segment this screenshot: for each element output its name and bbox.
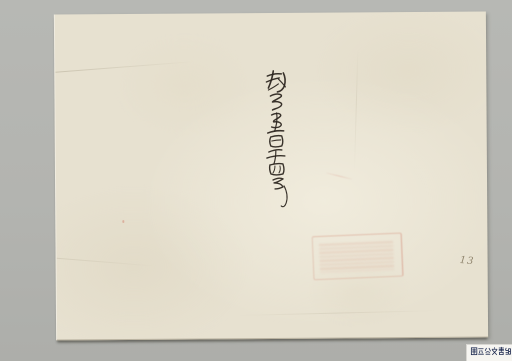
stamp-text-rows: [319, 241, 394, 273]
paper-crease: [57, 258, 167, 268]
red-speck: [122, 220, 124, 223]
archival-scan: 勅令第百二十四号 13 国立公文書館 National Arc: [0, 0, 512, 361]
scan-page: { "document": { "calligraphy_text": "勅令第…: [0, 0, 512, 361]
red-bleed-mark: [326, 172, 352, 179]
calligraphy-transcription: 勅令第百二十四号: [55, 14, 56, 15]
archives-en-label: National Archives of Japan: [468, 356, 512, 361]
paper-crease: [354, 48, 359, 178]
document-sheet: 勅令第百二十四号 13: [54, 11, 488, 340]
calligraphy-ink: [254, 63, 299, 211]
red-stamp-bleedthrough: [312, 233, 404, 281]
archives-watermark: 国立公文書館 National Archives of Japan: [466, 344, 512, 361]
archives-kanji-logo: [468, 346, 512, 356]
paper-crease: [55, 60, 205, 73]
paper-crease: [237, 310, 437, 316]
pencil-annotation: 13: [459, 255, 475, 267]
